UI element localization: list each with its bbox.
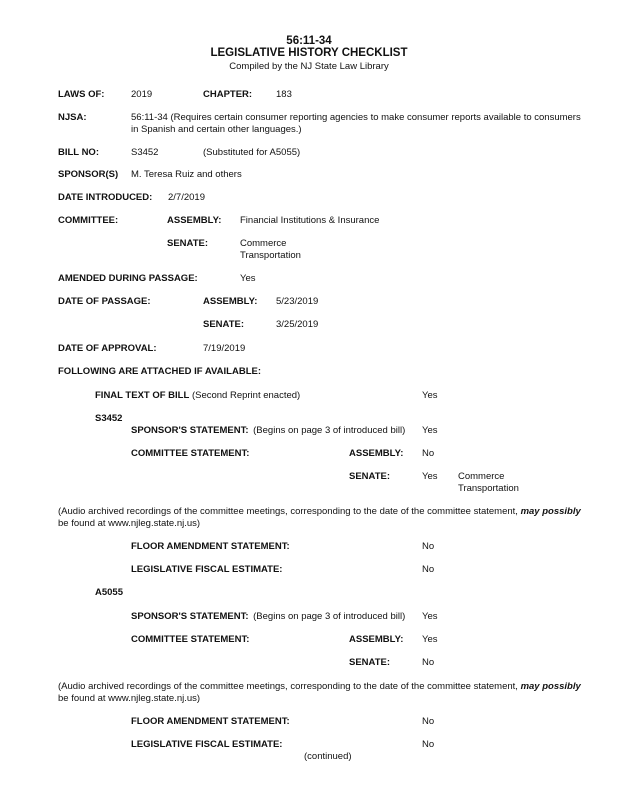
sponsors-value: M. Teresa Ruiz and others: [131, 169, 242, 181]
committee-assembly-label: ASSEMBLY:: [167, 215, 221, 227]
a5055-sponsor-statement-value: Yes: [422, 611, 438, 623]
audio-note-text: (Audio archived recordings of the commit…: [58, 506, 521, 517]
committee-senate-value-2: Transportation: [240, 250, 301, 262]
audio-note-text: (Audio archived recordings of the commit…: [58, 681, 521, 692]
bill-no-label: BILL NO:: [58, 147, 99, 159]
audio-note-emphasis: may possibly: [521, 681, 581, 692]
passage-assembly-label: ASSEMBLY:: [203, 296, 257, 308]
laws-of-value: 2019: [131, 89, 152, 101]
a5055-fiscal-estimate-value: No: [422, 739, 434, 751]
s3452-sponsor-statement-row: SPONSOR'S STATEMENT: (Begins on page 3 o…: [131, 425, 405, 437]
s3452-senate-committee-2: Transportation: [458, 483, 519, 495]
committee-label: COMMITTEE:: [58, 215, 118, 227]
sponsor-statement-note: (Begins on page 3 of introduced bill): [253, 425, 405, 436]
a5055-floor-amendment-label: FLOOR AMENDMENT STATEMENT:: [131, 716, 290, 728]
a5055-committee-assembly-label: ASSEMBLY:: [349, 634, 403, 646]
njsa-label: NJSA:: [58, 112, 87, 124]
date-of-approval-label: DATE OF APPROVAL:: [58, 343, 157, 355]
date-of-approval-value: 7/19/2019: [203, 343, 245, 355]
sponsors-label: SPONSOR(S): [58, 169, 118, 181]
a5055-committee-senate-value: No: [422, 657, 434, 669]
bill-id-s3452: S3452: [95, 413, 122, 425]
bill-no-value: S3452: [131, 147, 158, 159]
s3452-committee-statement-label: COMMITTEE STATEMENT:: [131, 448, 249, 460]
audio-note-emphasis: may possibly: [521, 506, 581, 517]
njsa-description-line2: in Spanish and certain other languages.): [131, 124, 302, 136]
s3452-fiscal-estimate-value: No: [422, 564, 434, 576]
s3452-committee-senate-value: Yes: [422, 471, 438, 483]
committee-senate-label: SENATE:: [167, 238, 208, 250]
passage-senate-value: 3/25/2019: [276, 319, 318, 331]
njsa-description-line1: 56:11-34 (Requires certain consumer repo…: [131, 112, 581, 124]
sponsor-statement-label: SPONSOR'S STATEMENT:: [131, 425, 249, 436]
s3452-sponsor-statement-value: Yes: [422, 425, 438, 437]
amended-label: AMENDED DURING PASSAGE:: [58, 273, 198, 285]
s3452-floor-amendment-value: No: [422, 541, 434, 553]
s3452-fiscal-estimate-label: LEGISLATIVE FISCAL ESTIMATE:: [131, 564, 282, 576]
a5055-committee-statement-label: COMMITTEE STATEMENT:: [131, 634, 249, 646]
page-title: LEGISLATIVE HISTORY CHECKLIST: [0, 47, 618, 59]
committee-senate-value-1: Commerce: [240, 238, 286, 250]
s3452-audio-note-line1: (Audio archived recordings of the commit…: [58, 506, 581, 518]
passage-assembly-value: 5/23/2019: [276, 296, 318, 308]
bill-id-a5055: A5055: [95, 587, 123, 599]
a5055-committee-assembly-value: Yes: [422, 634, 438, 646]
attached-heading: FOLLOWING ARE ATTACHED IF AVAILABLE:: [58, 366, 261, 378]
s3452-floor-amendment-label: FLOOR AMENDMENT STATEMENT:: [131, 541, 290, 553]
s3452-senate-committee-1: Commerce: [458, 471, 504, 483]
a5055-audio-note-line2: be found at www.njleg.state.nj.us): [58, 693, 200, 705]
final-text-note: (Second Reprint enacted): [192, 390, 300, 401]
s3452-audio-note-line2: be found at www.njleg.state.nj.us): [58, 518, 200, 530]
a5055-committee-senate-label: SENATE:: [349, 657, 390, 669]
date-introduced-label: DATE INTRODUCED:: [58, 192, 152, 204]
amended-value: Yes: [240, 273, 256, 285]
final-text-row: FINAL TEXT OF BILL (Second Reprint enact…: [95, 390, 300, 402]
sponsor-statement-note: (Begins on page 3 of introduced bill): [253, 611, 405, 622]
chapter-label: CHAPTER:: [203, 89, 252, 101]
laws-of-label: LAWS OF:: [58, 89, 104, 101]
s3452-committee-senate-label: SENATE:: [349, 471, 390, 483]
a5055-fiscal-estimate-label: LEGISLATIVE FISCAL ESTIMATE:: [131, 739, 282, 751]
sponsor-statement-label: SPONSOR'S STATEMENT:: [131, 611, 249, 622]
final-text-value: Yes: [422, 390, 438, 402]
chapter-value: 183: [276, 89, 292, 101]
date-introduced-value: 2/7/2019: [168, 192, 205, 204]
final-text-label: FINAL TEXT OF BILL: [95, 390, 189, 401]
s3452-committee-assembly-value: No: [422, 448, 434, 460]
passage-senate-label: SENATE:: [203, 319, 244, 331]
page-subtitle: Compiled by the NJ State Law Library: [0, 61, 618, 73]
continued-note: (continued): [304, 751, 352, 763]
bill-no-note: (Substituted for A5055): [203, 147, 300, 159]
njsa-code-heading: 56:11-34: [0, 35, 618, 47]
a5055-audio-note-line1: (Audio archived recordings of the commit…: [58, 681, 581, 693]
committee-assembly-value: Financial Institutions & Insurance: [240, 215, 379, 227]
a5055-sponsor-statement-row: SPONSOR'S STATEMENT: (Begins on page 3 o…: [131, 611, 405, 623]
date-of-passage-label: DATE OF PASSAGE:: [58, 296, 151, 308]
a5055-floor-amendment-value: No: [422, 716, 434, 728]
s3452-committee-assembly-label: ASSEMBLY:: [349, 448, 403, 460]
